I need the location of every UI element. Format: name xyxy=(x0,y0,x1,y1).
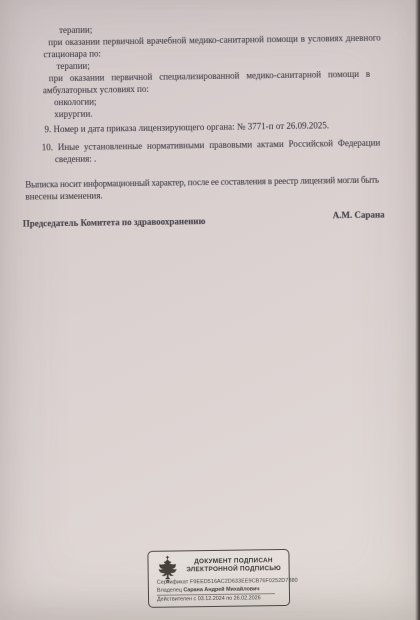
scanned-license-extract-page: { "page": { "paper_color": "#dcd3d2", "i… xyxy=(0,0,420,620)
stamp-certificate-value: F9EED516AC2D633EE9CB76F0252D7380 xyxy=(190,577,298,585)
text-line: терапии; xyxy=(57,61,90,72)
document-page: терапии;при оказании первичной врачебной… xyxy=(0,0,420,620)
document-lines: терапии;при оказании первичной врачебной… xyxy=(0,0,416,3)
stamp-certificate-label: Сертификат xyxy=(157,579,189,585)
stamp-validity-label: Действителен xyxy=(157,596,192,602)
text-line: 9. Номер и дата приказа лицензирующего о… xyxy=(44,120,329,135)
text-line: Выписка носит информационный характер, п… xyxy=(25,175,379,191)
stamp-owner-label: Владелец xyxy=(157,587,182,593)
text-line: терапии; xyxy=(59,25,92,36)
text-line: при оказании первичной врачебной медико-… xyxy=(48,33,381,49)
stamp-validity-value: с 03.12.2024 по 26.02.2026 xyxy=(194,595,261,602)
stamp-title-line2: ЭЛЕКТРОННОЙ ПОДПИСЬЮ xyxy=(183,565,285,574)
text-line: стационара по: xyxy=(43,48,101,60)
text-line: внесены изменения. xyxy=(25,190,102,202)
stamp-title: ДОКУМЕНТ ПОДПИСАН ЭЛЕКТРОННОЙ ПОДПИСЬЮ xyxy=(182,557,284,574)
stamp-validity-line: Действителен с 03.12.2024 по 26.02.2026 xyxy=(157,595,261,602)
electronic-signature-stamp: ДОКУМЕНТ ПОДПИСАН ЭЛЕКТРОННОЙ ПОДПИСЬЮ С… xyxy=(147,549,290,608)
text-line: А.М. Сарана xyxy=(333,210,385,222)
text-line: амбулаторных условиях по: xyxy=(43,84,149,96)
photo-edge-shadow xyxy=(415,0,420,620)
text-line: хирургии. xyxy=(54,109,92,121)
text-line: 10. Иные установленные нормативными прав… xyxy=(42,138,381,154)
text-line: Председатель Комитета по здравоохранению xyxy=(23,216,206,230)
text-line: онкологии; xyxy=(54,97,97,109)
stamp-certificate-line: Сертификат F9EED516AC2D633EE9CB76F0252D7… xyxy=(157,577,298,585)
text-line: сведения: . xyxy=(55,154,97,166)
text-line: при оказании первичной специализированно… xyxy=(49,69,371,84)
